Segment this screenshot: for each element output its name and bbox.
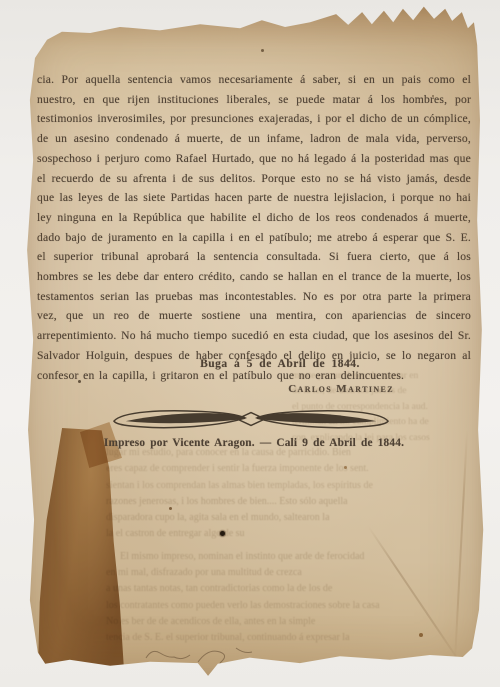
foxing-spot	[432, 95, 434, 97]
pencil-scribble	[140, 638, 260, 672]
ghost-text-line: El mismo impreso, nominan el instinto qu…	[106, 549, 482, 565]
main-paragraph: cia. Por aquella sentencia vamos necesar…	[37, 70, 471, 385]
bleedthrough-main: lugar mi estudio, para conocer en la cau…	[106, 445, 482, 647]
ghost-text-line: la el castron de entregar algo de su	[106, 526, 482, 542]
photo-backdrop: mente por un deseo de acertar ende la le…	[0, 0, 500, 687]
typographic-ornament-icon	[108, 403, 394, 435]
dateline: Buga á 5 de Abril de 1844.	[48, 358, 500, 370]
ghost-text-line: disparadora cupo la, agita sala en el mu…	[106, 510, 482, 526]
ghost-text-line: sientan i los comprendan las almas bien …	[106, 478, 482, 494]
foxing-spot	[419, 633, 423, 637]
foxing-spot	[261, 49, 264, 52]
foxing-spot	[451, 299, 453, 301]
ghost-text-line: en mi mal, disfrazado por una multitud d…	[106, 565, 482, 581]
imprint-line: Impreso por Vicente Aragon. — Cali 9 de …	[22, 437, 486, 449]
foxing-spot	[78, 380, 81, 383]
ghost-text-line: eres capaz de comprender i sentir la fue…	[106, 461, 482, 477]
foxing-spot	[344, 466, 347, 469]
ghost-text-line: No es ber de de acendicos de ella, antes…	[106, 614, 482, 630]
ghost-text-line: razones jenerosas, i los hombres de bien…	[106, 494, 482, 510]
ghost-text-line: a unas tantas notas, tan contradictorias…	[106, 581, 482, 597]
ink-speck	[220, 531, 225, 536]
signature-name: Carlos Martinez	[288, 383, 394, 395]
foxing-spot	[169, 507, 172, 510]
broadside-document: mente por un deseo de acertar ende la le…	[22, 6, 486, 682]
